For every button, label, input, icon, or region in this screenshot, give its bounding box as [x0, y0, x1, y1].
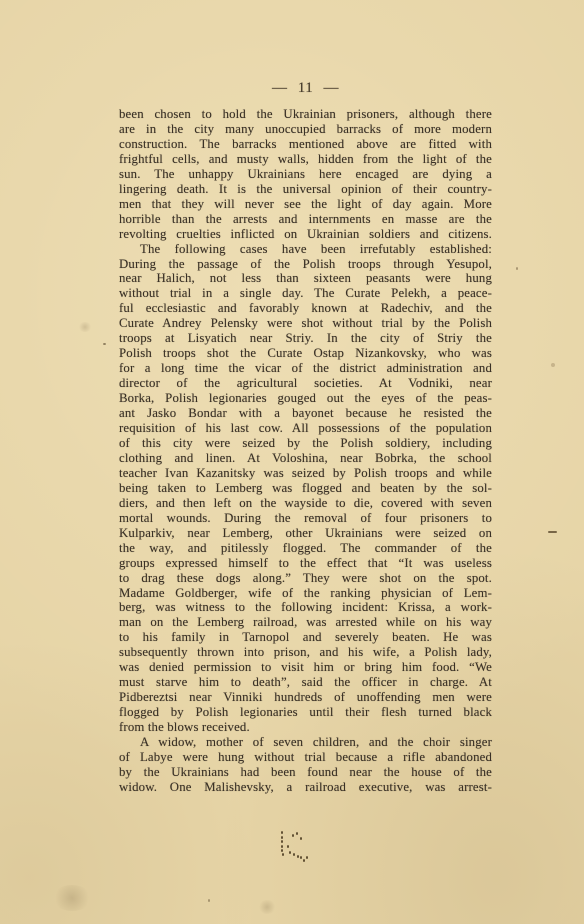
text-line: man on the Lemberg railroad, was arreste… [119, 615, 492, 630]
ink-speckle [300, 856, 302, 859]
text-line: frightful cells, and musty walls, hidden… [119, 152, 492, 167]
text-line: to drag these dogs along.” They were sho… [119, 571, 492, 586]
text-line: men that they will never see the light o… [119, 197, 492, 212]
ink-speckle [297, 855, 299, 858]
ink-speckle [306, 856, 308, 859]
text-line: from the blows received. [119, 720, 492, 735]
text-line: near Halich, not less than sixteen peasa… [119, 271, 492, 286]
margin-faint-mark [551, 363, 555, 367]
text-line: The following cases have been irrefutabl… [119, 242, 492, 257]
text-line: construction. The barracks mentioned abo… [119, 137, 492, 152]
text-line: must starve him to death”, said the offi… [119, 675, 492, 690]
ink-speckle [292, 834, 294, 837]
paper-smudge [258, 900, 276, 914]
ink-speckle [282, 853, 284, 856]
text-line: mortal wounds. During the removal of fou… [119, 511, 492, 526]
text-line: Curate Andrey Pelensky were shot without… [119, 316, 492, 331]
text-line: by the Ukrainians had been found near th… [119, 765, 492, 780]
text-column: been chosen to hold the Ukrainian prison… [119, 107, 492, 795]
ink-speckle [281, 845, 283, 848]
text-line: berg, was witness to the following incid… [119, 600, 492, 615]
text-line: the way, and pitilessly flogged. The com… [119, 541, 492, 556]
text-line: Polish troops shot the Curate Ostap Niza… [119, 346, 492, 361]
text-line: Madame Goldberger, wife of the ranking p… [119, 586, 492, 601]
text-line: flogged by Polish legionaries until thei… [119, 705, 492, 720]
text-line: of Labye were hung without trial because… [119, 750, 492, 765]
text-line: was denied permission to visit him or br… [119, 660, 492, 675]
ink-speckle [281, 831, 283, 834]
margin-speck [516, 267, 518, 270]
text-line: of this city were seized by the Polish s… [119, 436, 492, 451]
text-line: troops at Lisyatich near Striy. In the c… [119, 331, 492, 346]
text-line: diers, and then left on the wayside to d… [119, 496, 492, 511]
page-number: — 11 — [119, 80, 492, 97]
text-line: During the passage of the Polish troops … [119, 257, 492, 272]
text-line: requisition of his last cow. All possess… [119, 421, 492, 436]
text-line: teacher Ivan Kazanitsky was seized by Po… [119, 466, 492, 481]
ink-speckle [303, 859, 305, 862]
text-line: being taken to Lemberg was flogged and b… [119, 481, 492, 496]
text-line: for a long time the vicar of the distric… [119, 361, 492, 376]
text-line: to his family in Tarnopol and severely b… [119, 630, 492, 645]
text-line: groups expressed himself to the effect t… [119, 556, 492, 571]
ink-speckle [281, 840, 283, 843]
text-line: sun. The unhappy Ukrainians here encaged… [119, 167, 492, 182]
ink-speckle [281, 849, 283, 852]
ink-speckle [293, 853, 295, 856]
text-line: Borka, Polish legionaries gouged out the… [119, 391, 492, 406]
text-line: lingering death. It is the universal opi… [119, 182, 492, 197]
ink-speckle [296, 832, 298, 835]
text-line: A widow, mother of seven children, and t… [119, 735, 492, 750]
text-line: clothing and linen. At Voloshina, near B… [119, 451, 492, 466]
text-line: are in the city many unoccupied barracks… [119, 122, 492, 137]
text-line: director of the agricultural societies. … [119, 376, 492, 391]
text-line: been chosen to hold the Ukrainian prison… [119, 107, 492, 122]
margin-dash-mark [548, 531, 557, 533]
text-line: widow. One Malishevsky, a railroad execu… [119, 780, 492, 795]
text-line: horrible than the arrests and internment… [119, 212, 492, 227]
margin-speck [103, 343, 106, 345]
ink-speckle [300, 837, 302, 840]
paper-smudge [78, 322, 92, 332]
text-line: ant Jasko Bondar with a bayonet because … [119, 406, 492, 421]
paragraph: The following cases have been irrefutabl… [119, 242, 492, 735]
paper-smudge [52, 885, 92, 911]
scanned-book-page: — 11 — been chosen to hold the Ukrainian… [0, 0, 584, 924]
text-line: subsequently thrown into prison, and his… [119, 645, 492, 660]
text-line: Kulparkiv, near Lemberg, other Ukrainian… [119, 526, 492, 541]
ink-speckle [289, 851, 291, 854]
ink-speckle [281, 836, 283, 839]
text-line: revolting cruelties inflicted on Ukraini… [119, 227, 492, 242]
bottom-speck [208, 899, 210, 902]
text-line: Pidbereztsi near Vinniki hundreds of uno… [119, 690, 492, 705]
text-line: ful ecclesiastic and favorably known at … [119, 301, 492, 316]
text-line: without trial in a single day. The Curat… [119, 286, 492, 301]
ink-speckle [287, 845, 289, 848]
paragraph: A widow, mother of seven children, and t… [119, 735, 492, 795]
paragraph: been chosen to hold the Ukrainian prison… [119, 107, 492, 242]
